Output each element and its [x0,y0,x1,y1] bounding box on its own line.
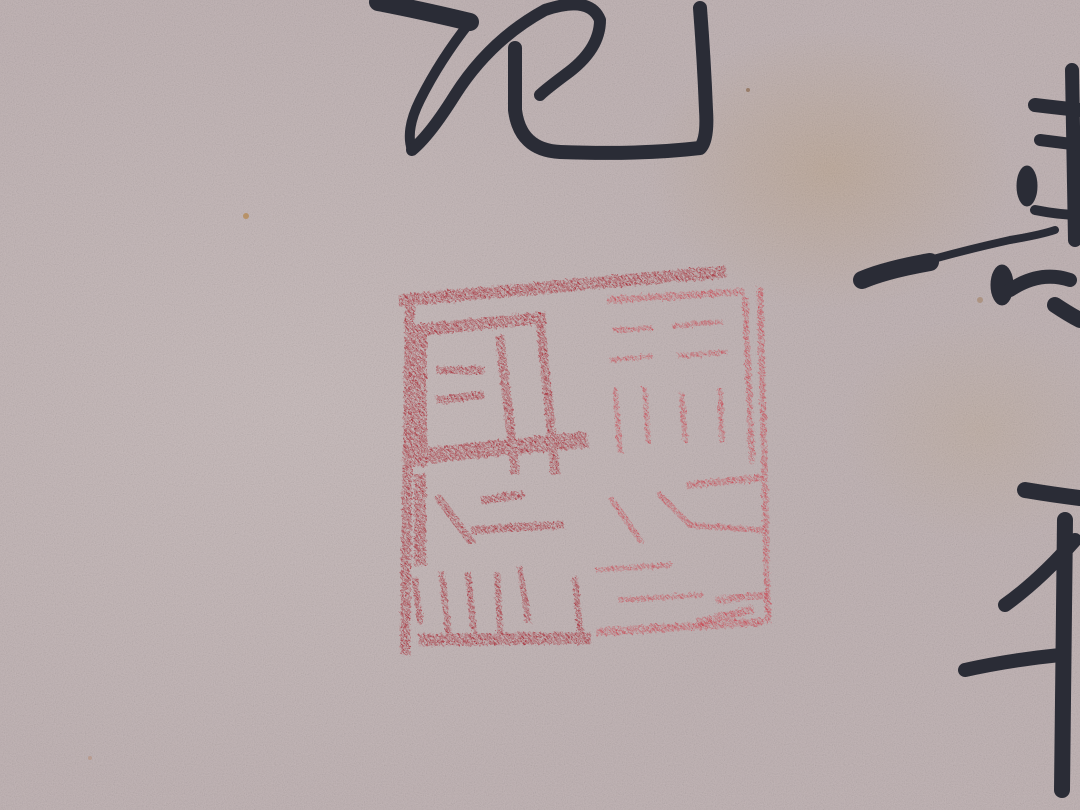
photo-scene [0,0,1080,810]
paper-specks [0,0,1080,810]
